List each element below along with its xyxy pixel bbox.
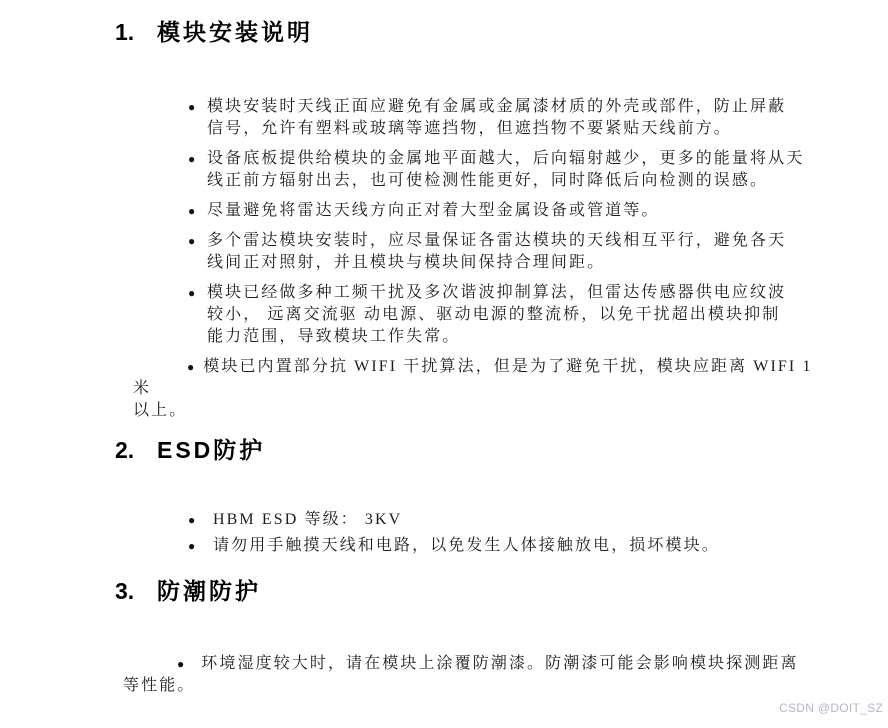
section-3-number: 3. [115, 577, 157, 605]
bullet-text: 环境湿度较大时，请在模块上涂覆防潮漆。防潮漆可能会影响模块探测距离 等性能。 [123, 655, 799, 694]
bullet-text: 设备底板提供给模块的金属地平面越大，后向辐射越少，更多的能量将从天 线正前方辐射… [207, 148, 827, 192]
section-2-number: 2. [115, 436, 157, 464]
section-1-bullet-list: ● 模块安装时天线正面应避免有金属或金属漆材质的外壳或部件，防止屏蔽 信号，允许… [0, 96, 888, 348]
bullet-item: ● 模块已经做多种工频干扰及多次谐波抑制算法，但雷达传感器供电应纹波 较小， 远… [188, 282, 888, 348]
section-1-title: 模块安装说明 [157, 19, 313, 45]
bullet-text: 请勿用手触摸天线和电路，以免发生人体接触放电，损坏模块。 [213, 535, 833, 557]
bullet-item: ● HBM ESD 等级： 3KV [188, 509, 888, 531]
section-2-bullet-list: ● HBM ESD 等级： 3KV ● 请勿用手触摸天线和电路，以免发生人体接触… [0, 509, 888, 557]
bullet-item: ● 多个雷达模块安装时，应尽量保证各雷达模块的天线相互平行，避免各天 线间正对照… [188, 230, 888, 274]
bullet-text: 模块已内置部分抗 WIFI 干扰算法，但是为了避免干扰，模块应距离 WIFI 1… [133, 358, 813, 419]
bullet-item: ● 模块安装时天线正面应避免有金属或金属漆材质的外壳或部件，防止屏蔽 信号，允许… [188, 96, 888, 140]
bullet-icon: ● [188, 200, 207, 222]
bullet-text: 模块已经做多种工频干扰及多次谐波抑制算法，但雷达传感器供电应纹波 较小， 远离交… [207, 282, 827, 348]
bullet-item: ●环境湿度较大时，请在模块上涂覆防潮漆。防潮漆可能会影响模块探测距离 等性能。 [123, 653, 823, 697]
bullet-icon: ● [188, 282, 207, 348]
section-3-title: 防潮防护 [157, 578, 261, 604]
bullet-icon: ● [177, 657, 184, 671]
bullet-icon: ● [188, 535, 213, 557]
section-3-heading: 3.防潮防护 [115, 577, 888, 605]
bullet-text: 多个雷达模块安装时，应尽量保证各雷达模块的天线相互平行，避免各天 线间正对照射，… [207, 230, 827, 274]
section-2-heading: 2.ESD防护 [115, 436, 888, 464]
section-1-number: 1. [115, 18, 157, 46]
bullet-text: 模块安装时天线正面应避免有金属或金属漆材质的外壳或部件，防止屏蔽 信号，允许有塑… [207, 96, 827, 140]
bullet-item: ● 尽量避免将雷达天线方向正对着大型金属设备或管道等。 [188, 200, 888, 222]
section-1-heading: 1.模块安装说明 [115, 0, 888, 46]
bullet-item: ● 设备底板提供给模块的金属地平面越大，后向辐射越少，更多的能量将从天 线正前方… [188, 148, 888, 192]
bullet-text: HBM ESD 等级： 3KV [213, 509, 833, 531]
bullet-icon: ● [188, 148, 207, 192]
bullet-icon: ● [188, 96, 207, 140]
bullet-icon: ● [188, 509, 213, 531]
document-page: 1.模块安装说明 ● 模块安装时天线正面应避免有金属或金属漆材质的外壳或部件，防… [0, 0, 888, 728]
csdn-watermark: CSDN @DOIT_SZ [779, 701, 883, 715]
bullet-text: 尽量避免将雷达天线方向正对着大型金属设备或管道等。 [207, 200, 827, 222]
bullet-item: ●模块已内置部分抗 WIFI 干扰算法，但是为了避免干扰，模块应距离 WIFI … [133, 356, 833, 422]
bullet-icon: ● [187, 360, 194, 374]
bullet-item: ● 请勿用手触摸天线和电路，以免发生人体接触放电，损坏模块。 [188, 535, 888, 557]
bullet-icon: ● [188, 230, 207, 274]
section-2-title: ESD防护 [157, 437, 265, 463]
